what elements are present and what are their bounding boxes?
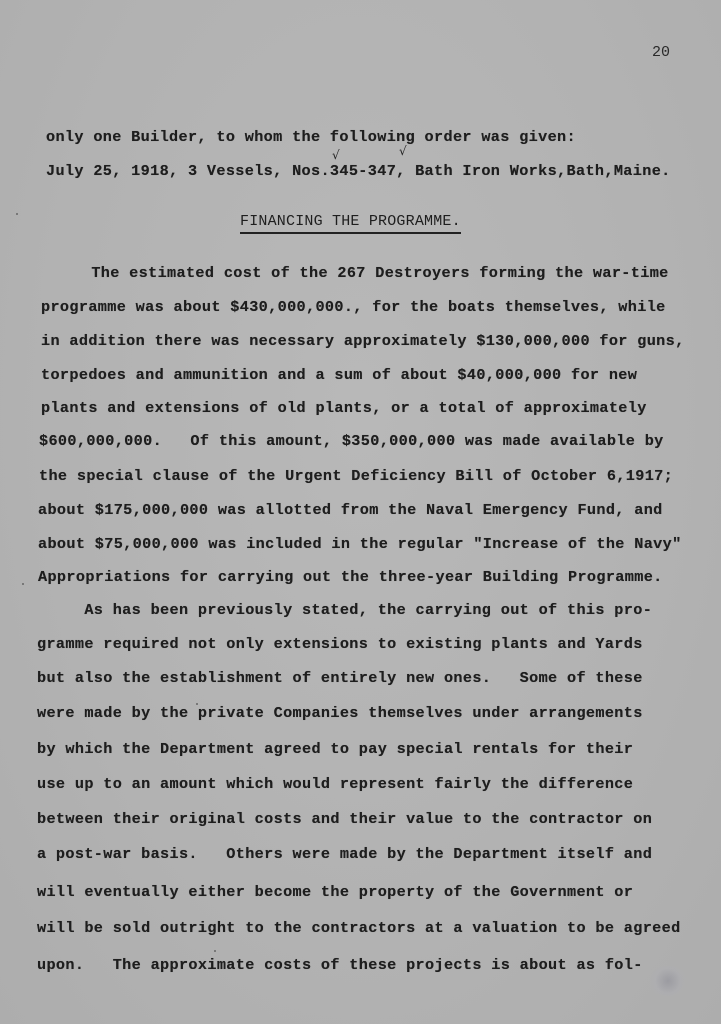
ink-smudge: [648, 966, 688, 996]
body-line: will eventually either become the proper…: [37, 883, 633, 901]
paper-speck: [16, 213, 18, 215]
section-heading: FINANCING THE PROGRAMME.: [240, 213, 461, 234]
body-line: As has been previously stated, the carry…: [37, 601, 652, 619]
body-line: the special clause of the Urgent Deficie…: [39, 467, 673, 485]
check-mark-icon: √: [399, 144, 407, 158]
body-line: $600,000,000. Of this amount, $350,000,0…: [39, 432, 664, 450]
body-line: upon. The approximate costs of these pro…: [37, 956, 643, 974]
body-line: were made by the private Companies thems…: [37, 704, 643, 722]
page-number: 20: [652, 44, 670, 61]
intro-line: only one Builder, to whom the following …: [46, 128, 576, 146]
body-line: in addition there was necessary approxim…: [41, 332, 685, 350]
body-line: gramme required not only extensions to e…: [37, 635, 643, 653]
body-line: a post-war basis. Others were made by th…: [37, 845, 652, 863]
document-page: 20 only one Builder, to whom the followi…: [0, 0, 721, 1024]
body-line: Appropriations for carrying out the thre…: [38, 568, 663, 586]
body-line: use up to an amount which would represen…: [37, 775, 633, 793]
body-line: but also the establishment of entirely n…: [37, 669, 643, 687]
body-line: torpedoes and ammunition and a sum of ab…: [41, 366, 637, 384]
intro-line: July 25, 1918, 3 Vessels, Nos.345-347, B…: [46, 162, 671, 180]
body-line: plants and extensions of old plants, or …: [41, 399, 647, 417]
paper-speck: [196, 703, 198, 705]
body-line: programme was about $430,000,000., for t…: [41, 298, 666, 316]
paper-speck: [22, 583, 24, 585]
check-mark-icon: √: [332, 148, 340, 162]
body-line: will be sold outright to the contractors…: [37, 919, 681, 937]
body-line: about $75,000,000 was included in the re…: [38, 535, 682, 553]
body-line: The estimated cost of the 267 Destroyers…: [44, 264, 669, 282]
body-line: by which the Department agreed to pay sp…: [37, 740, 633, 758]
body-line: between their original costs and their v…: [37, 810, 652, 828]
paper-speck: [214, 950, 216, 952]
body-line: about $175,000,000 was allotted from the…: [38, 501, 663, 519]
